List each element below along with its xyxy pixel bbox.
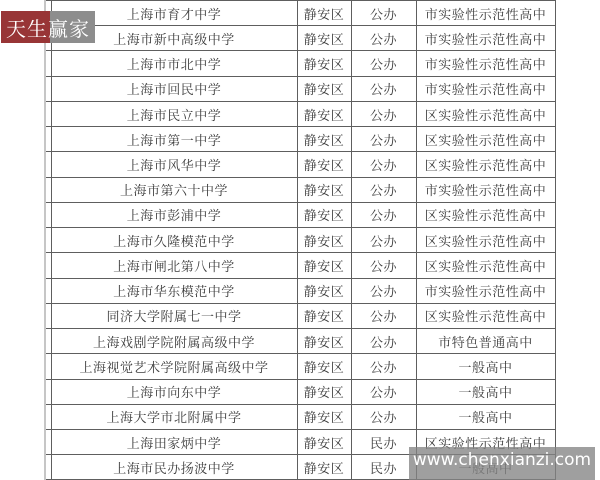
category-cell: 区实验性示范性高中 xyxy=(416,127,555,152)
page: 上海市育才中学静安区公办市实验性示范性高中上海市新中高级中学静安区公办市实验性示… xyxy=(0,0,600,480)
school-name-cell: 上海市风华中学 xyxy=(51,152,297,177)
type-cell: 公办 xyxy=(351,101,416,126)
type-cell: 公办 xyxy=(351,26,416,51)
category-cell: 市实验性示范性高中 xyxy=(416,278,555,303)
category-cell: 一般高中 xyxy=(416,404,555,429)
school-name-cell: 上海市久隆模范中学 xyxy=(51,228,297,253)
type-cell: 公办 xyxy=(351,253,416,278)
type-cell: 公办 xyxy=(351,404,416,429)
type-cell: 民办 xyxy=(351,429,416,454)
district-cell: 静安区 xyxy=(297,202,351,227)
table-row: 上海市第一中学静安区公办区实验性示范性高中 xyxy=(45,127,555,152)
school-name-cell: 上海市第一中学 xyxy=(51,127,297,152)
district-cell: 静安区 xyxy=(297,127,351,152)
school-table-body: 上海市育才中学静安区公办市实验性示范性高中上海市新中高级中学静安区公办市实验性示… xyxy=(45,1,555,480)
school-name-cell: 上海市回民中学 xyxy=(51,76,297,101)
school-name-cell: 上海市民办扬波中学 xyxy=(51,455,297,480)
district-cell: 静安区 xyxy=(297,404,351,429)
table-row: 上海市新中高级中学静安区公办市实验性示范性高中 xyxy=(45,26,555,51)
category-cell: 区实验性示范性高中 xyxy=(416,253,555,278)
table-row: 上海市久隆模范中学静安区公办区实验性示范性高中 xyxy=(45,228,555,253)
table-row: 同济大学附属七一中学静安区公办区实验性示范性高中 xyxy=(45,303,555,328)
district-cell: 静安区 xyxy=(297,152,351,177)
category-cell: 一般高中 xyxy=(416,354,555,379)
watermark-bottom: www.chenxianzi.com xyxy=(409,447,595,480)
district-cell: 静安区 xyxy=(297,429,351,454)
school-name-cell: 上海田家炳中学 xyxy=(51,429,297,454)
type-cell: 公办 xyxy=(351,303,416,328)
district-cell: 静安区 xyxy=(297,278,351,303)
district-cell: 静安区 xyxy=(297,253,351,278)
type-cell: 公办 xyxy=(351,127,416,152)
category-cell: 市实验性示范性高中 xyxy=(416,51,555,76)
district-cell: 静安区 xyxy=(297,1,351,26)
type-cell: 公办 xyxy=(351,202,416,227)
school-table: 上海市育才中学静安区公办市实验性示范性高中上海市新中高级中学静安区公办市实验性示… xyxy=(44,0,556,480)
watermark-top-text: 天生赢家 xyxy=(6,13,90,42)
school-name-cell: 上海大学市北附属中学 xyxy=(51,404,297,429)
table-row: 上海市彭浦中学静安区公办区实验性示范性高中 xyxy=(45,202,555,227)
school-name-cell: 上海市向东中学 xyxy=(51,379,297,404)
type-cell: 公办 xyxy=(351,1,416,26)
type-cell: 公办 xyxy=(351,379,416,404)
table-row: 上海市向东中学静安区公办一般高中 xyxy=(45,379,555,404)
table-row: 上海市回民中学静安区公办市实验性示范性高中 xyxy=(45,76,555,101)
school-name-cell: 上海市第六十中学 xyxy=(51,177,297,202)
district-cell: 静安区 xyxy=(297,303,351,328)
district-cell: 静安区 xyxy=(297,177,351,202)
category-cell: 区实验性示范性高中 xyxy=(416,228,555,253)
watermark-top: 天生赢家 xyxy=(1,11,95,43)
type-cell: 公办 xyxy=(351,51,416,76)
table-row: 上海市风华中学静安区公办区实验性示范性高中 xyxy=(45,152,555,177)
district-cell: 静安区 xyxy=(297,329,351,354)
district-cell: 静安区 xyxy=(297,379,351,404)
district-cell: 静安区 xyxy=(297,101,351,126)
type-cell: 公办 xyxy=(351,177,416,202)
category-cell: 区实验性示范性高中 xyxy=(416,303,555,328)
table-row: 上海视觉艺术学院附属高级中学静安区公办一般高中 xyxy=(45,354,555,379)
school-name-cell: 上海市闸北第八中学 xyxy=(51,253,297,278)
district-cell: 静安区 xyxy=(297,51,351,76)
school-name-cell: 上海市彭浦中学 xyxy=(51,202,297,227)
category-cell: 市特色普通高中 xyxy=(416,329,555,354)
school-name-cell: 上海市民立中学 xyxy=(51,101,297,126)
type-cell: 民办 xyxy=(351,455,416,480)
table-row: 上海戏剧学院附属高级中学静安区公办市特色普通高中 xyxy=(45,329,555,354)
school-name-cell: 上海市市北中学 xyxy=(51,51,297,76)
category-cell: 区实验性示范性高中 xyxy=(416,152,555,177)
district-cell: 静安区 xyxy=(297,26,351,51)
table-row: 上海市第六十中学静安区公办市实验性示范性高中 xyxy=(45,177,555,202)
table-row: 上海市育才中学静安区公办市实验性示范性高中 xyxy=(45,1,555,26)
district-cell: 静安区 xyxy=(297,455,351,480)
type-cell: 公办 xyxy=(351,76,416,101)
category-cell: 一般高中 xyxy=(416,379,555,404)
table-row: 上海市市北中学静安区公办市实验性示范性高中 xyxy=(45,51,555,76)
table-row: 上海大学市北附属中学静安区公办一般高中 xyxy=(45,404,555,429)
category-cell: 市实验性示范性高中 xyxy=(416,1,555,26)
type-cell: 公办 xyxy=(351,354,416,379)
category-cell: 市实验性示范性高中 xyxy=(416,177,555,202)
school-name-cell: 上海戏剧学院附属高级中学 xyxy=(51,329,297,354)
school-name-cell: 上海视觉艺术学院附属高级中学 xyxy=(51,354,297,379)
table-row: 上海市华东模范中学静安区公办市实验性示范性高中 xyxy=(45,278,555,303)
district-cell: 静安区 xyxy=(297,76,351,101)
category-cell: 市实验性示范性高中 xyxy=(416,76,555,101)
type-cell: 公办 xyxy=(351,152,416,177)
district-cell: 静安区 xyxy=(297,354,351,379)
school-name-cell: 上海市华东模范中学 xyxy=(51,278,297,303)
watermark-bottom-text: www.chenxianzi.com xyxy=(413,450,591,470)
type-cell: 公办 xyxy=(351,228,416,253)
category-cell: 区实验性示范性高中 xyxy=(416,101,555,126)
type-cell: 公办 xyxy=(351,278,416,303)
table-row: 上海市闸北第八中学静安区公办区实验性示范性高中 xyxy=(45,253,555,278)
school-name-cell: 同济大学附属七一中学 xyxy=(51,303,297,328)
category-cell: 市实验性示范性高中 xyxy=(416,26,555,51)
district-cell: 静安区 xyxy=(297,228,351,253)
type-cell: 公办 xyxy=(351,329,416,354)
table-row: 上海市民立中学静安区公办区实验性示范性高中 xyxy=(45,101,555,126)
category-cell: 区实验性示范性高中 xyxy=(416,202,555,227)
